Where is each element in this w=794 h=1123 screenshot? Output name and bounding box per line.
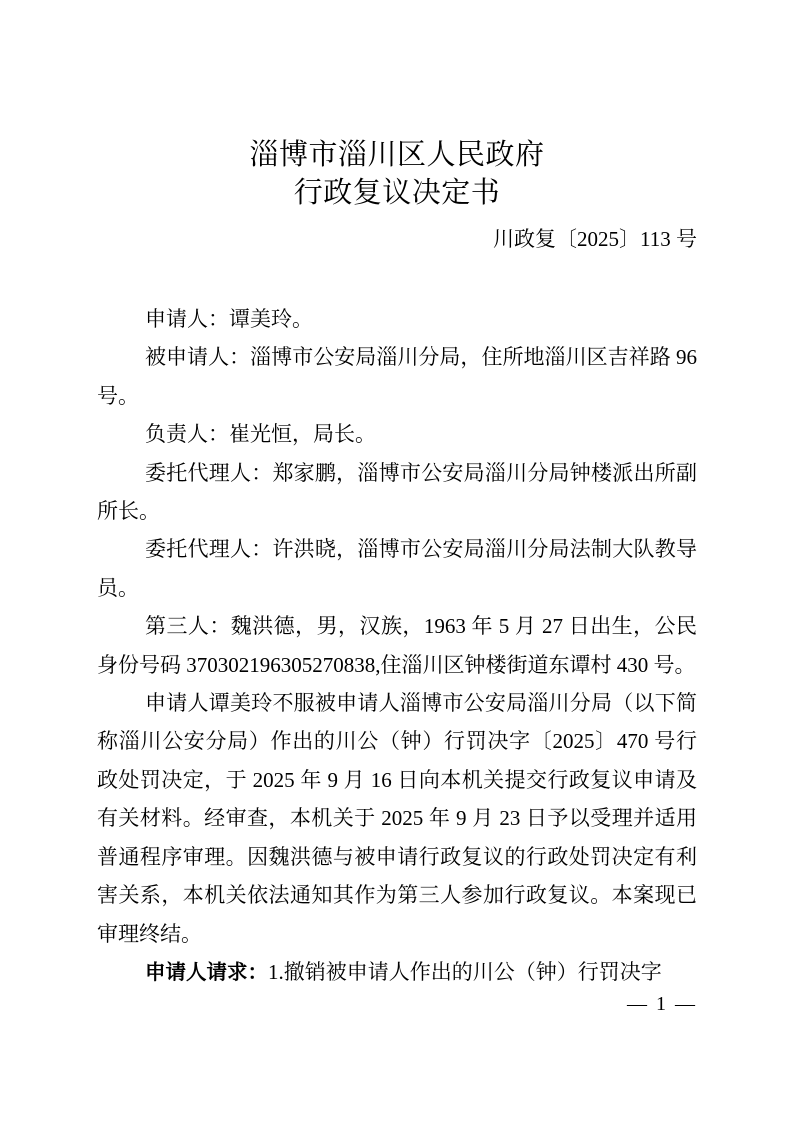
request-text: 1.撤销被申请人作出的川公（钟）行罚决字: [268, 960, 662, 984]
document-page: 淄博市淄川区人民政府 行政复议决定书 川政复〔2025〕113 号 申请人：谭美…: [0, 0, 794, 1123]
document-number: 川政复〔2025〕113 号: [97, 226, 697, 252]
request-label: 申请人请求：: [145, 961, 268, 984]
paragraph-request: 申请人请求：1.撤销被申请人作出的川公（钟）行罚决字: [97, 953, 697, 992]
paragraph-third-party: 第三人：魏洪德，男，汉族，1963 年 5 月 27 日出生，公民身份号码 37…: [97, 607, 697, 684]
paragraph-agent-1: 委托代理人：郑家鹏，淄博市公安局淄川分局钟楼派出所副所长。: [97, 454, 697, 531]
paragraph-person-in-charge: 负责人：崔光恒，局长。: [97, 415, 697, 453]
paragraph-applicant: 申请人：谭美玲。: [97, 300, 697, 338]
paragraph-agent-2: 委托代理人：许洪晓，淄博市公安局淄川分局法制大队教导员。: [97, 530, 697, 607]
document-title: 淄博市淄川区人民政府 行政复议决定书: [97, 136, 697, 212]
paragraph-respondent: 被申请人：淄博市公安局淄川分局，住所地淄川区吉祥路 96 号。: [97, 338, 697, 415]
document-title-line1: 淄博市淄川区人民政府: [97, 136, 697, 174]
page-number: — 1 —: [627, 994, 697, 1014]
document-body: 申请人：谭美玲。 被申请人：淄博市公安局淄川分局，住所地淄川区吉祥路 96 号。…: [97, 300, 697, 992]
paragraph-case-summary: 申请人谭美玲不服被申请人淄博市公安局淄川分局（以下简称淄川公安分局）作出的川公（…: [97, 684, 697, 953]
document-title-line2: 行政复议决定书: [97, 174, 697, 212]
